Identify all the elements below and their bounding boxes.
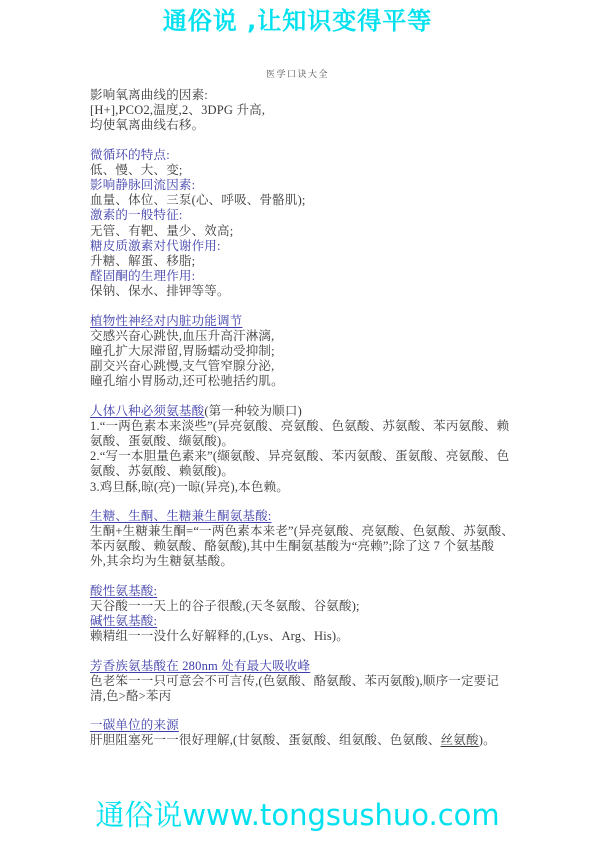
text-line: 血量、体位、三泵(心、呼吸、骨骼肌); <box>90 193 516 208</box>
text-line: 氨酸、蛋氨酸、缬氨酸)。 <box>90 434 516 449</box>
text-line: 影响氧离曲线的因素: <box>90 88 516 103</box>
text-line: 天谷酸一一天上的谷子很酸,(天冬氨酸、谷氨酸); <box>90 599 516 614</box>
heading-line: 激素的一般特征: <box>90 208 516 223</box>
text-line: 色老笨一一只可意会不可言传,(色氨酸、酪氨酸、苯丙氨酸),顺序一定要记 <box>90 674 516 689</box>
heading-line: 酸性氨基酸: <box>90 584 516 599</box>
text-line: 氨酸、苏氨酸、赖氨酸)。 <box>90 464 516 479</box>
text-line: 2.“写一本胆量色素来”(缬氨酸、异亮氨酸、苯丙氨酸、蛋氨酸、亮氨酸、色 <box>90 449 516 464</box>
text-line: 瞳孔扩大尿滞留,胃肠蠕动受抑制; <box>90 344 516 359</box>
site-footer-watermark: 通俗说www.tongsushuo.com <box>0 793 595 834</box>
heading-line: 人体八种必须氨基酸(第一种较为顺口) <box>90 404 516 419</box>
heading-line: 一碳单位的来源 <box>90 718 516 733</box>
text-line: 1.“一两色素本来淡些”(异亮氨酸、亮氨酸、色氨酸、苏氨酸、苯丙氨酸、赖 <box>90 419 516 434</box>
heading-line: 影响静脉回流因素: <box>90 178 516 193</box>
text-line: 瞳孔缩小胃肠动,还可松驰括约肌。 <box>90 374 516 389</box>
doc-content: 影响氧离曲线的因素:[H+],PCO2,温度,2、3DPG 升高,均使氧离曲线右… <box>90 88 516 763</box>
document-page: 通俗说 ,让知识变得平等 医学口诀大全 影响氧离曲线的因素:[H+],PCO2,… <box>0 0 595 842</box>
text-line: 生酮+生糖兼生酮=“一两色素本来老”(异亮氨酸、亮氨酸、色氨酸、苏氨酸、 <box>90 524 516 539</box>
text-line: 赖精组一一没什么好解释的,(Lys、Arg、His)。 <box>90 629 516 644</box>
paragraph-block: 植物性神经对内脏功能调节交感兴奋心跳快,血压升高汗淋漓,瞳孔扩大尿滞留,胃肠蠕动… <box>90 314 516 390</box>
text-line: 副交兴奋心跳慢,支气管窄腺分泌, <box>90 359 516 374</box>
heading-line: 芳香族氨基酸在 280nm 处有最大吸收峰 <box>90 659 516 674</box>
paragraph-block: 微循环的特点:低、慢、大、变;影响静脉回流因素:血量、体位、三泵(心、呼吸、骨骼… <box>90 148 516 300</box>
paragraph-block: 人体八种必须氨基酸(第一种较为顺口)1.“一两色素本来淡些”(异亮氨酸、亮氨酸、… <box>90 404 516 495</box>
text-line: 均使氧离曲线右移。 <box>90 118 516 133</box>
text-line: 外,其余均为生糖氨基酸。 <box>90 554 516 569</box>
paragraph-block: 酸性氨基酸:天谷酸一一天上的谷子很酸,(天冬氨酸、谷氨酸);碱性氨基酸:赖精组一… <box>90 584 516 645</box>
paragraph-block: 生糖、生酮、生糖兼生酮氨基酸:生酮+生糖兼生酮=“一两色素本来老”(异亮氨酸、亮… <box>90 509 516 570</box>
heading-line: 碱性氨基酸: <box>90 614 516 629</box>
heading-line: 醛固酮的生理作用: <box>90 269 516 284</box>
text-line: 清,色>酪>苯丙 <box>90 689 516 704</box>
doc-title: 医学口诀大全 <box>0 67 595 80</box>
text-line: 低、慢、大、变; <box>90 163 516 178</box>
heading-line: 微循环的特点: <box>90 148 516 163</box>
text-line: 保钠、保水、排钾等等。 <box>90 284 516 299</box>
heading-line: 植物性神经对内脏功能调节 <box>90 314 516 329</box>
paragraph-block: 芳香族氨基酸在 280nm 处有最大吸收峰色老笨一一只可意会不可言传,(色氨酸、… <box>90 659 516 705</box>
heading-line: 生糖、生酮、生糖兼生酮氨基酸: <box>90 509 516 524</box>
text-line: 苯丙氨酸、赖氨酸、酪氨酸),其中生酮氨基酸为“亮赖”;除了这 7 个氨基酸 <box>90 539 516 554</box>
text-line: 升糖、解蛋、移脂; <box>90 254 516 269</box>
text-line: 3.鸡旦酥,晾(亮)一晾(异亮),本色赖。 <box>90 480 516 495</box>
text-line: 肝胆阻塞死一一很好理解,(甘氨酸、蛋氨酸、组氨酸、色氨酸、丝氨酸)。 <box>90 733 516 748</box>
site-header-title: 通俗说 ,让知识变得平等 <box>0 1 595 36</box>
paragraph-block: 一碳单位的来源肝胆阻塞死一一很好理解,(甘氨酸、蛋氨酸、组氨酸、色氨酸、丝氨酸)… <box>90 718 516 748</box>
text-line: 无管、有靶、量少、效高; <box>90 224 516 239</box>
text-line: [H+],PCO2,温度,2、3DPG 升高, <box>90 103 516 118</box>
text-line: 交感兴奋心跳快,血压升高汗淋漓, <box>90 329 516 344</box>
paragraph-block: 影响氧离曲线的因素:[H+],PCO2,温度,2、3DPG 升高,均使氧离曲线右… <box>90 88 516 134</box>
heading-line: 糖皮质激素对代谢作用: <box>90 239 516 254</box>
